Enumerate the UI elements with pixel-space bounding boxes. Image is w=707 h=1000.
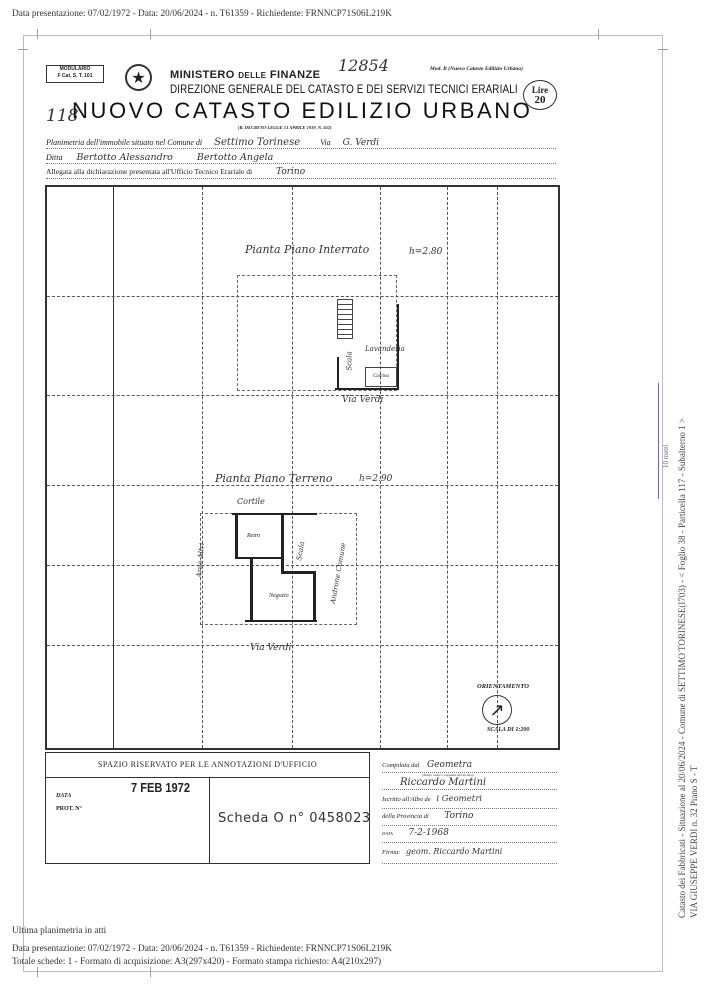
grid-line xyxy=(447,187,448,748)
annotations-header: SPAZIO RISERVATO PER LE ANNOTAZIONI D'UF… xyxy=(46,753,369,778)
room-negozio: Negozio xyxy=(269,593,289,599)
decree-label: (R. DECRETO-LEGGE 13 APRILE 1939, N. 652… xyxy=(238,125,332,130)
ditta-owner-2: Bertotto Angela xyxy=(197,152,273,163)
iscritto-label: Iscritto all'Albo de xyxy=(382,796,431,803)
compiler-line: Compilata dal Geometra xyxy=(382,760,557,773)
wall xyxy=(281,571,315,574)
provincia-line: della Provincia di Torino xyxy=(382,811,557,826)
allegata-label: Allegata alla dichiarazione presentata a… xyxy=(46,167,252,176)
upper-plan-height: h=2.80 xyxy=(409,247,442,257)
grid-line xyxy=(202,187,203,748)
annotation-data-label: DATA xyxy=(56,793,71,799)
ministry-word: MINISTERO xyxy=(170,69,235,81)
grid-line xyxy=(292,187,293,748)
via-label: Via xyxy=(320,138,331,147)
lower-plan-street: Via Verdi xyxy=(250,643,291,653)
compiler-name: Riccardo Martini xyxy=(382,777,557,790)
direction-title: DIREZIONE GENERALE DEL CATASTO E DEI SER… xyxy=(170,82,518,96)
wall xyxy=(281,515,284,573)
wall xyxy=(250,559,253,621)
grid-line xyxy=(380,187,381,748)
annotation-prot-label: PROT. N° xyxy=(56,806,82,812)
frame-tick xyxy=(37,29,38,39)
scale-bar xyxy=(658,383,659,499)
ditta-owner-1: Bertotto Alessandro xyxy=(76,152,172,163)
footer-note: Ultima planimetria in atti xyxy=(12,926,106,936)
signature: geom. Riccardo Martini xyxy=(406,847,502,856)
upper-label-cantina: Cantina xyxy=(365,367,397,387)
footer-line-1: Data presentazione: 07/02/1972 - Data: 2… xyxy=(12,944,392,954)
lower-plan-outline xyxy=(200,513,357,625)
scale-bar-label: 10 metri xyxy=(662,444,670,468)
planimetria-line: Planimetria dell'immobile situato nel Co… xyxy=(46,137,556,149)
header-line: Data presentazione: 07/02/1972 - Data: 2… xyxy=(12,9,392,19)
firma-label: Firma: xyxy=(382,849,400,856)
upper-label-lavanderia: Lavanderia xyxy=(365,345,405,353)
comune-value: Settimo Torinese xyxy=(214,137,300,148)
ministry-small: DELLE xyxy=(238,71,266,80)
modulario-box: MODULARIO F Cat. S. T. 101 xyxy=(46,65,104,83)
north-arrow-icon: ↗ xyxy=(482,695,512,725)
ditta-line: Ditta Bertotto Alessandro Bertotto Angel… xyxy=(46,152,556,164)
albo-line: Iscritto all'Albo de i Geometri xyxy=(382,794,557,809)
wall xyxy=(235,515,238,559)
ufficio-value: Torino xyxy=(276,167,305,177)
room-retro: Retro xyxy=(247,533,260,539)
model-label: Mod. B (Nuovo Catasto Edilizio Urbano) xyxy=(430,66,523,72)
modulario-code: F Cat. S. T. 101 xyxy=(47,73,103,80)
upper-plan-title: Pianta Piano Interrato xyxy=(245,243,369,256)
provincia-label: della Provincia di xyxy=(382,813,429,820)
wall xyxy=(245,620,317,622)
document-title: NUOVO CATASTO EDILIZIO URBANO xyxy=(72,98,532,124)
frame-tick xyxy=(598,29,599,39)
grid-line xyxy=(47,485,558,486)
scale-label: SCALA DI 1:200 xyxy=(487,727,529,733)
wall xyxy=(335,388,399,390)
compiler-date-line: DATA 7-2-1968 xyxy=(382,828,557,843)
frame-tick xyxy=(150,967,151,977)
lower-plan-height: h=2.90 xyxy=(359,474,392,484)
planimetria-label: Planimetria dell'immobile situato nel Co… xyxy=(46,138,202,147)
wall xyxy=(337,357,339,389)
lower-label-cortile: Cortile xyxy=(237,497,265,506)
grid-line xyxy=(47,395,558,396)
signature-line: Firma: geom. Riccardo Martini xyxy=(382,847,557,864)
allegata-line: Allegata alla dichiarazione presentata a… xyxy=(46,167,556,179)
via-value: G. Verdi xyxy=(343,138,380,148)
wall xyxy=(235,557,283,559)
compilata-label: Compilata dal xyxy=(382,762,419,769)
orientation-label: ORIENTAMENTO xyxy=(477,683,529,690)
compiler-title: Geometra xyxy=(427,760,472,770)
received-date-stamp: 7 FEB 1972 xyxy=(131,780,190,795)
office-annotations-box: SPAZIO RISERVATO PER LE ANNOTAZIONI D'UF… xyxy=(45,752,370,864)
wall xyxy=(313,571,316,621)
ministry-title: MINISTERO DELLE FINANZE xyxy=(170,69,320,81)
frame-tick xyxy=(37,967,38,977)
provincia-value: Torino xyxy=(444,811,473,821)
floor-plan-grid: Pianta Piano Interrato h=2.80 Scala Lava… xyxy=(45,185,560,750)
ministry-end: FINANZE xyxy=(270,69,320,81)
footer-line-2: Totale schede: 1 - Formato di acquisizio… xyxy=(12,957,381,967)
upper-plan-street: Via Verdi xyxy=(342,395,383,405)
modulario-label: MODULARIO xyxy=(47,66,103,73)
lower-plan-title: Pianta Piano Terreno xyxy=(215,472,332,485)
grid-line xyxy=(47,645,558,646)
albo-value: i Geometri xyxy=(436,794,482,804)
ditta-label: Ditta xyxy=(46,153,62,162)
side-cadastral-info: Catasto dei Fabbricati - Situazione al 2… xyxy=(677,418,687,918)
compiler-block: Compilata dal Geometra (Titolo, nome e c… xyxy=(382,760,557,864)
scheda-number: Scheda O n° 0458023 xyxy=(218,811,371,826)
compiler-date-label: DATA xyxy=(382,831,393,836)
frame-tick xyxy=(18,49,28,50)
handwritten-number: 12854 xyxy=(338,56,389,75)
frame-tick xyxy=(658,49,668,50)
italian-emblem-icon: ★ xyxy=(125,64,152,91)
wall xyxy=(232,513,317,515)
annotations-divider xyxy=(209,777,210,863)
frame-tick xyxy=(150,29,151,39)
upper-label-scala: Scala xyxy=(346,351,354,370)
compiler-date-value: 7-2-1968 xyxy=(408,828,448,838)
stairs-icon xyxy=(337,299,353,339)
grid-line xyxy=(497,187,498,748)
side-address-info: VIA GIUSEPPE VERDI n. 32 Piano S - T xyxy=(689,766,699,918)
grid-line xyxy=(113,187,114,748)
